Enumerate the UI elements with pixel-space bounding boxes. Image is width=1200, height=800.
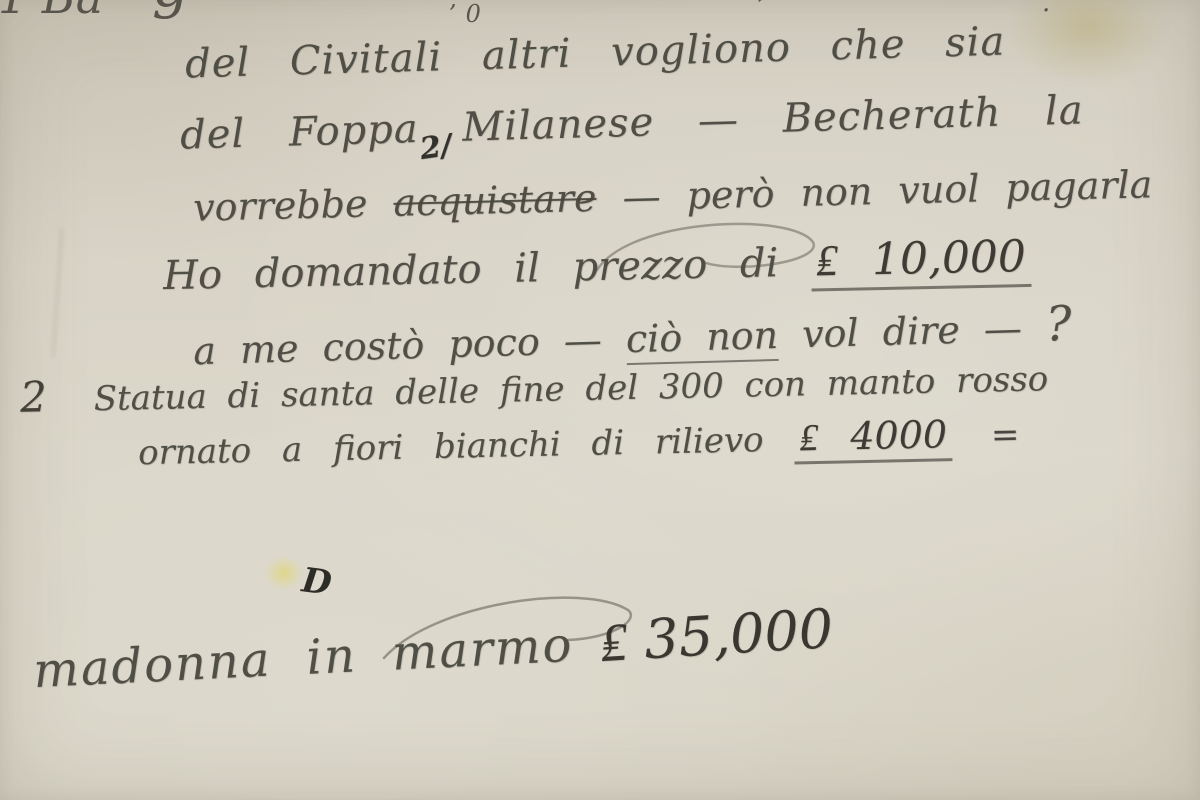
line-4-start: Ho domandato il prezzo di: [163, 240, 779, 299]
price-35000: ₤ 35,000: [598, 597, 835, 674]
equals-mark: =: [990, 415, 1019, 456]
manuscript-line-ornato: ornato a fiori bianchi di rilievo ₤ 4000…: [138, 411, 1020, 474]
cut-text-fragment-tick: ʼ: [756, 0, 764, 22]
cut-text-fragment-descender: g: [152, 0, 189, 20]
line-3-end: — però non vuol pagarla: [622, 162, 1153, 219]
price-10000: ₤ 10,000: [810, 231, 1031, 292]
annotation-d-mark: D: [300, 560, 334, 603]
manuscript-line-attribution-foppa: del Foppa Milanese — Becherath la: [180, 87, 1085, 158]
manuscript-line-price-asked: Ho domandato il prezzo di ₤ 10,000: [163, 231, 1032, 300]
cut-text-fragment-left: 1 Ba: [0, 0, 103, 24]
manuscript-line-statua: 2 Statua di santa delle fine del 300 con…: [20, 351, 1049, 422]
manuscript-line-attribution-civitali: del Civitali altri vogliono che sia: [185, 19, 1006, 88]
manuscript-line-madonna: madonna in marmo: [32, 617, 575, 699]
insertion-caret-mark: 2/: [418, 128, 454, 167]
entry-number-2: 2: [20, 372, 48, 422]
line-3-start: vorrebbe: [193, 181, 368, 229]
paper-crease: [51, 228, 63, 358]
cut-text-fragment-tick: ʼ: [870, 0, 878, 20]
cut-text-fragment-dot: ·: [1042, 0, 1050, 26]
corrected-word: acquistare: [393, 176, 597, 225]
paper-stain-yellow-fleck: [265, 556, 303, 590]
manuscript-line-acquistare: vorrebbe acquistare — però non vuol paga…: [193, 162, 1153, 229]
cut-text-fragment-marks: ʼ0: [448, 0, 491, 28]
price-4000: ₤ 4000: [794, 412, 953, 464]
statua-description: Statua di santa delle fine del 300 con m…: [93, 359, 1048, 419]
question-mark: ?: [1045, 296, 1072, 353]
line-5-mid: vol dire —: [801, 306, 1022, 356]
paper-stain-top-right: [1008, 0, 1168, 85]
ornato-description: ornato a fiori bianchi di rilievo: [138, 420, 764, 473]
paper-sheet: 1 Ba g ʼ0 ʼ ʼ · del Civitali altri vogli…: [0, 0, 1200, 800]
